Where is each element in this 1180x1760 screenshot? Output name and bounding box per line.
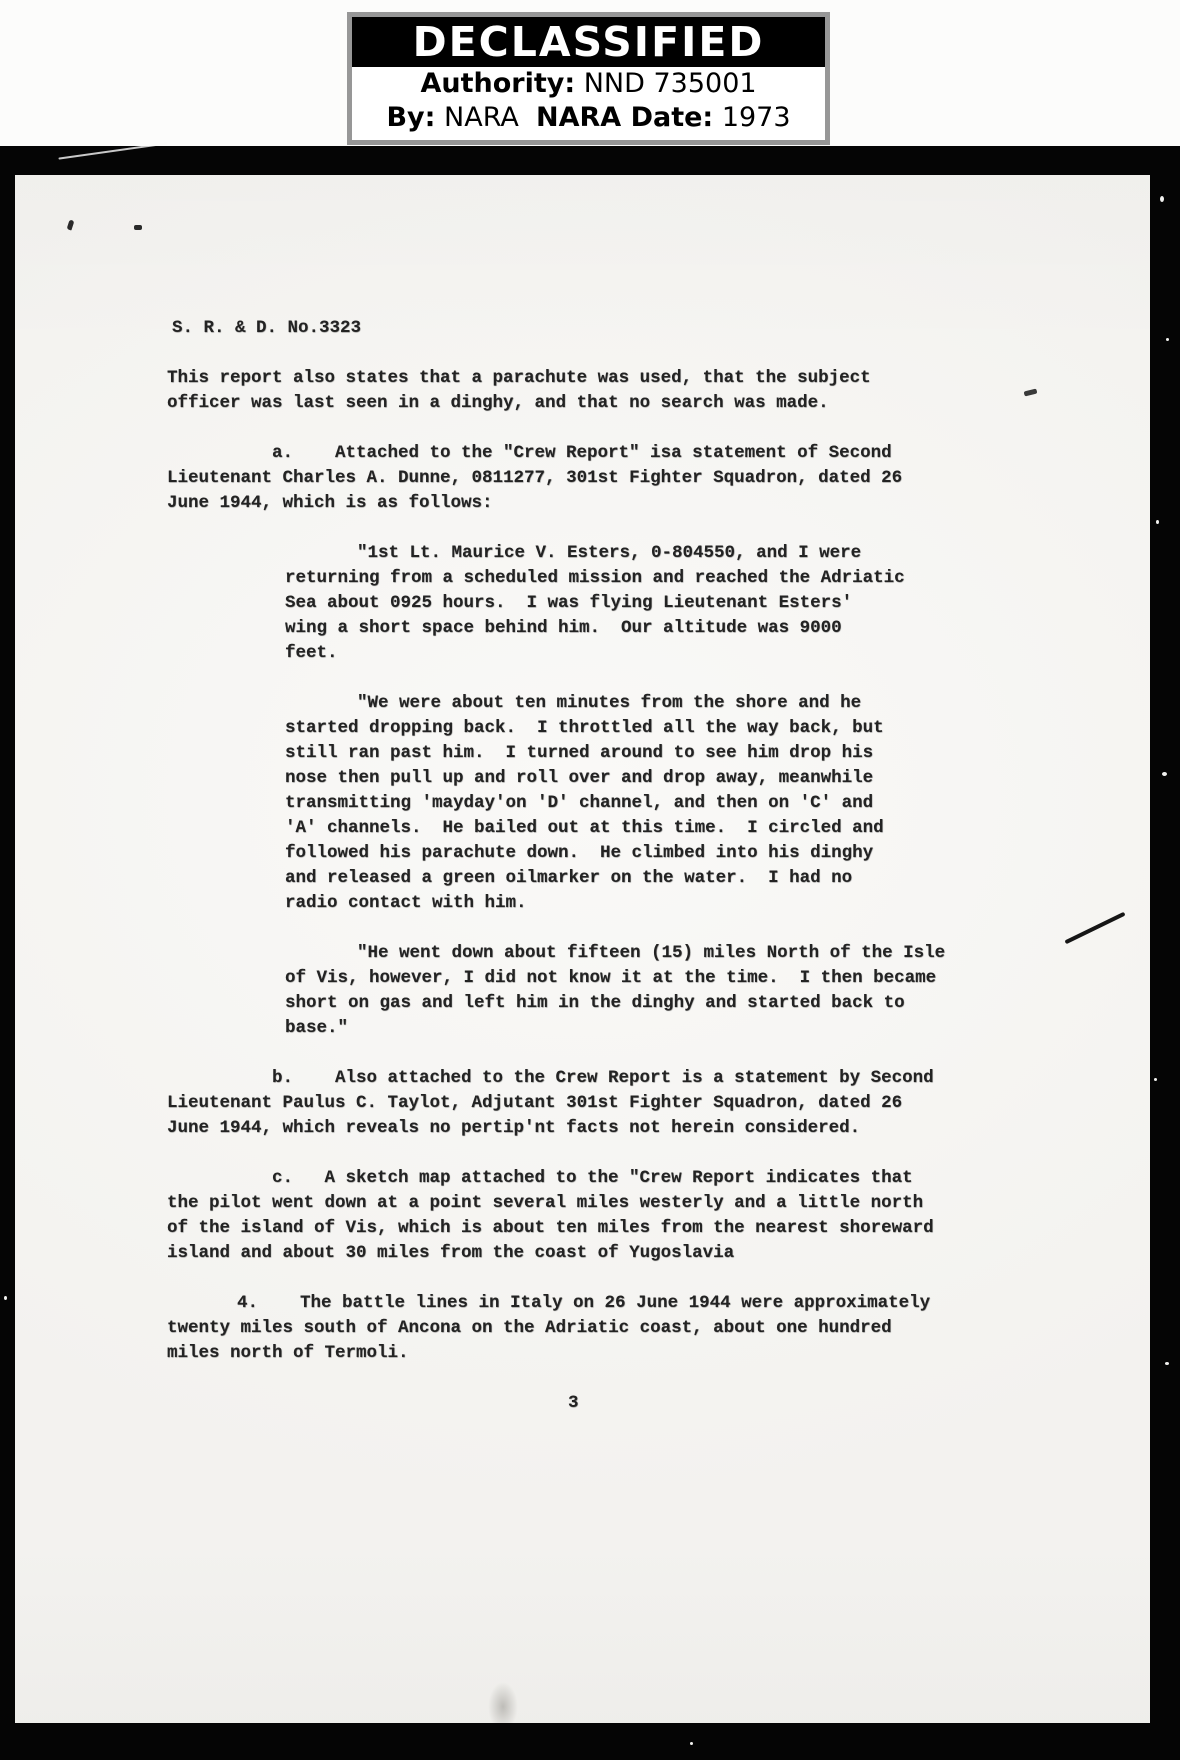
document-line: still ran past him. I turned around to s… bbox=[15, 741, 1150, 766]
document-line: and released a green oilmarker on the wa… bbox=[15, 866, 1150, 891]
document-line: 'A' channels. He bailed out at this time… bbox=[15, 816, 1150, 841]
ink-speck-comma bbox=[67, 219, 75, 230]
scan-smudge bbox=[488, 1682, 518, 1723]
document-page: S. R. & D. No.3323This report also state… bbox=[15, 175, 1150, 1723]
document-line: short on gas and left him in the dinghy … bbox=[15, 991, 1150, 1016]
document-line: "We were about ten minutes from the shor… bbox=[15, 691, 1150, 716]
document-line: June 1944, which reveals no pertip'nt fa… bbox=[15, 1116, 1150, 1141]
dust-speck bbox=[1154, 1078, 1157, 1081]
document-line: June 1944, which is as follows: bbox=[15, 491, 1150, 516]
document-line: This report also states that a parachute… bbox=[15, 366, 1150, 391]
document-line: base." bbox=[15, 1016, 1150, 1041]
date-value: 1973 bbox=[713, 102, 790, 133]
document-line: Lieutenant Paulus C. Taylot, Adjutant 30… bbox=[15, 1091, 1150, 1116]
document-line: nose then pull up and roll over and drop… bbox=[15, 766, 1150, 791]
document-line: b. Also attached to the Crew Report is a… bbox=[15, 1066, 1150, 1091]
document-line: officer was last seen in a dinghy, and t… bbox=[15, 391, 1150, 416]
declassified-title: DECLASSIFIED bbox=[413, 18, 765, 66]
document-line: of Vis, however, I did not know it at th… bbox=[15, 966, 1150, 991]
document-line: followed his parachute down. He climbed … bbox=[15, 841, 1150, 866]
date-label: NARA Date: bbox=[536, 102, 713, 133]
stamp-by-row: By: NARA NARA Date: 1973 bbox=[352, 101, 825, 135]
declassified-stamp: DECLASSIFIED Authority: NND 735001 By: N… bbox=[347, 12, 830, 145]
authority-value: NND 735001 bbox=[575, 68, 756, 99]
document-line: "1st Lt. Maurice V. Esters, 0-804550, an… bbox=[15, 541, 1150, 566]
document-line: returning from a scheduled mission and r… bbox=[15, 566, 1150, 591]
document-line: Sea about 0925 hours. I was flying Lieut… bbox=[15, 591, 1150, 616]
document-line: "He went down about fifteen (15) miles N… bbox=[15, 941, 1150, 966]
document-line: c. A sketch map attached to the "Crew Re… bbox=[15, 1166, 1150, 1191]
by-label: By: bbox=[386, 102, 435, 133]
document-line: radio contact with him. bbox=[15, 891, 1150, 916]
document-line: of the island of Vis, which is about ten… bbox=[15, 1216, 1150, 1241]
authority-label: Authority: bbox=[420, 68, 575, 99]
dust-speck bbox=[4, 1296, 7, 1300]
stamp-authority-row: Authority: NND 735001 bbox=[352, 67, 825, 101]
dust-speck bbox=[1165, 1362, 1169, 1365]
document-line: miles north of Termoli. bbox=[15, 1341, 1150, 1366]
document-line: a. Attached to the "Crew Report" isa sta… bbox=[15, 441, 1150, 466]
document-line: feet. bbox=[15, 641, 1150, 666]
dust-speck bbox=[690, 1742, 693, 1745]
scanned-document: { "stamp": { "title": "DECLASSIFIED", "a… bbox=[0, 0, 1180, 1760]
document-line: transmitting 'mayday'on 'D' channel, and… bbox=[15, 791, 1150, 816]
document-line: S. R. & D. No.3323 bbox=[15, 316, 1150, 341]
dust-speck bbox=[1166, 338, 1169, 341]
document-line: island and about 30 miles from the coast… bbox=[15, 1241, 1150, 1266]
document-line: 4. The battle lines in Italy on 26 June … bbox=[15, 1291, 1150, 1316]
declassified-banner: DECLASSIFIED bbox=[352, 17, 825, 67]
document-line: twenty miles south of Ancona on the Adri… bbox=[15, 1316, 1150, 1341]
document-line: wing a short space behind him. Our altit… bbox=[15, 616, 1150, 641]
document-line: Lieutenant Charles A. Dunne, 0811277, 30… bbox=[15, 466, 1150, 491]
ink-speck-dot bbox=[134, 225, 142, 230]
dust-speck bbox=[1160, 196, 1164, 202]
dust-speck bbox=[1156, 520, 1159, 524]
document-text: S. R. & D. No.3323This report also state… bbox=[15, 316, 1150, 1416]
document-line: 3 bbox=[15, 1391, 1150, 1416]
by-value: NARA bbox=[435, 102, 536, 133]
dust-speck bbox=[1162, 772, 1167, 776]
document-line: started dropping back. I throttled all t… bbox=[15, 716, 1150, 741]
document-line: the pilot went down at a point several m… bbox=[15, 1191, 1150, 1216]
